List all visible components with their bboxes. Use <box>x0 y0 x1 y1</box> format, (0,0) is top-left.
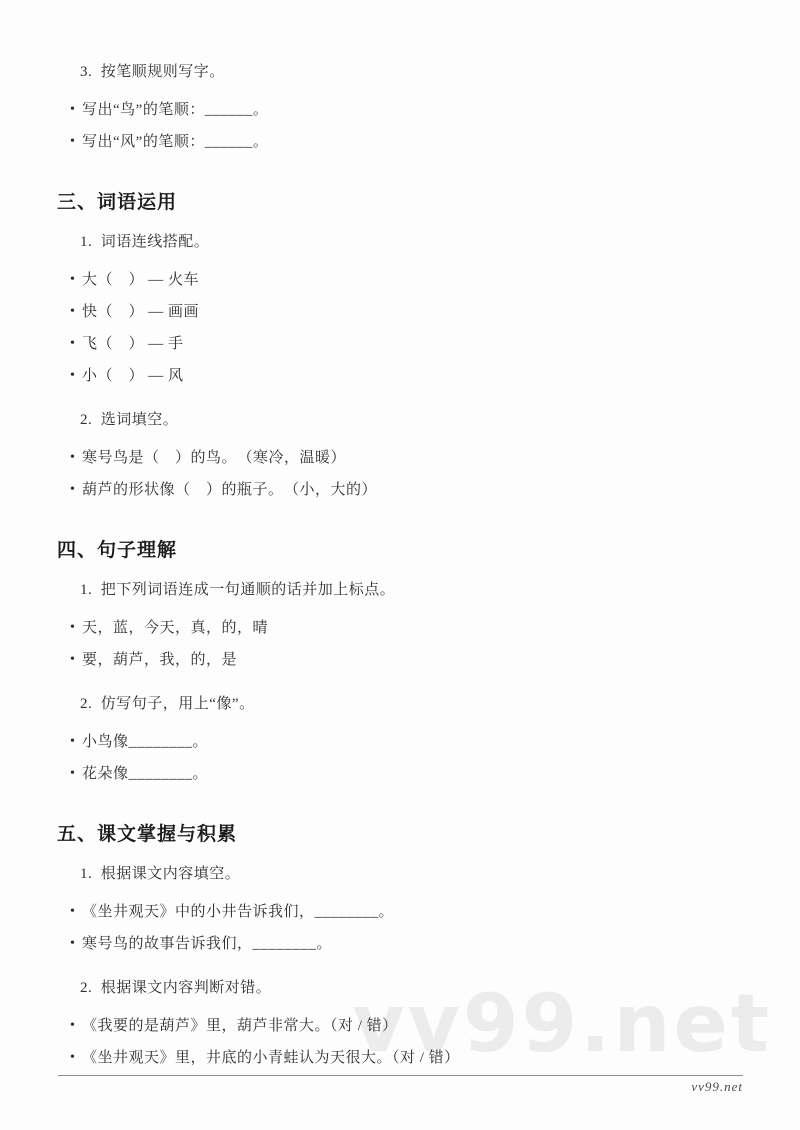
list-item: • 写出“风”的笔顺：______。 <box>70 132 800 152</box>
bullet-icon: • <box>70 448 82 468</box>
question-text: 2. 仿写句子，用上“像”。 <box>80 694 255 714</box>
question-line: 3. 按笔顺规则写字。 <box>80 62 800 82</box>
question-line: 2. 仿写句子，用上“像”。 <box>80 694 800 714</box>
list-item: • 《我要的是葫芦》里，葫芦非常大。（对 / 错） <box>70 1016 800 1036</box>
list-item-text: 《我要的是葫芦》里，葫芦非常大。（对 / 错） <box>82 1016 398 1036</box>
bullet-icon: • <box>70 480 82 500</box>
list-item-text: 《坐井观天》里，井底的小青蛙认为天很大。（对 / 错） <box>82 1048 460 1068</box>
list-item-text: 要，葫芦，我，的，是 <box>82 650 237 670</box>
list-item: • 小鸟像________。 <box>70 732 800 752</box>
bullet-icon: • <box>70 934 82 954</box>
worksheet-content: 3. 按笔顺规则写字。 • 写出“鸟”的笔顺：______。 • 写出“风”的笔… <box>0 0 800 1068</box>
question-text: 1. 把下列词语连成一句通顺的话并加上标点。 <box>80 580 395 600</box>
list-item-text: 天，蓝，今天，真，的，晴 <box>82 618 268 638</box>
list-item-text: 寒号鸟的故事告诉我们，________。 <box>82 934 332 954</box>
question-line: 2. 根据课文内容判断对错。 <box>80 978 800 998</box>
list-item: • 《坐井观天》中的小井告诉我们，________。 <box>70 902 800 922</box>
list-item: • 大（ ） — 火车 <box>70 270 800 290</box>
bullet-icon: • <box>70 650 82 670</box>
bullet-icon: • <box>70 732 82 752</box>
list-item: • 小（ ） — 风 <box>70 366 800 386</box>
section-group: 3. 按笔顺规则写字。 • 写出“鸟”的笔顺：______。 • 写出“风”的笔… <box>0 62 800 152</box>
list-item-text: 寒号鸟是（ ）的鸟。 （寒冷，温暖） <box>82 448 346 468</box>
list-item-text: 《坐井观天》中的小井告诉我们，________。 <box>82 902 394 922</box>
bullet-icon: • <box>70 132 82 152</box>
bullet-icon: • <box>70 1016 82 1036</box>
list-item-text: 花朵像________。 <box>82 764 208 784</box>
footer-divider <box>58 1075 743 1076</box>
bullet-icon: • <box>70 334 82 354</box>
section-heading: 五、课文掌握与积累 <box>57 822 800 848</box>
bullet-icon: • <box>70 270 82 290</box>
list-item: • 快（ ） — 画画 <box>70 302 800 322</box>
list-item: • 写出“鸟”的笔顺：______。 <box>70 100 800 120</box>
list-item-text: 小（ ） — 风 <box>82 366 184 386</box>
list-item-text: 葫芦的形状像（ ）的瓶子。 （小，大的） <box>82 480 377 500</box>
list-item: • 要，葫芦，我，的，是 <box>70 650 800 670</box>
footer-site-text: vv99.net <box>58 1079 743 1095</box>
question-text: 2. 选词填空。 <box>80 410 178 430</box>
list-item-text: 飞（ ） — 手 <box>82 334 184 354</box>
page-footer: vv99.net <box>58 1075 743 1095</box>
list-item-text: 快（ ） — 画画 <box>82 302 199 322</box>
bullet-icon: • <box>70 366 82 386</box>
question-line: 1. 根据课文内容填空。 <box>80 864 800 884</box>
section-heading: 三、词语运用 <box>57 190 800 216</box>
question-text: 2. 根据课文内容判断对错。 <box>80 978 271 998</box>
bullet-icon: • <box>70 764 82 784</box>
list-item: • 葫芦的形状像（ ）的瓶子。 （小，大的） <box>70 480 800 500</box>
section-heading: 四、句子理解 <box>57 538 800 564</box>
question-line: 2. 选词填空。 <box>80 410 800 430</box>
question-text: 3. 按笔顺规则写字。 <box>80 62 225 82</box>
bullet-icon: • <box>70 100 82 120</box>
list-item: • 寒号鸟是（ ）的鸟。 （寒冷，温暖） <box>70 448 800 468</box>
list-item-text: 大（ ） — 火车 <box>82 270 199 290</box>
bullet-icon: • <box>70 1048 82 1068</box>
bullet-icon: • <box>70 902 82 922</box>
bullet-icon: • <box>70 618 82 638</box>
question-text: 1. 词语连线搭配。 <box>80 232 209 252</box>
list-item: • 寒号鸟的故事告诉我们，________。 <box>70 934 800 954</box>
bullet-icon: • <box>70 302 82 322</box>
list-item: • 天，蓝，今天，真，的，晴 <box>70 618 800 638</box>
worksheet-page: vv99.net 3. 按笔顺规则写字。 • 写出“鸟”的笔顺：______。 … <box>0 0 800 1130</box>
section-group: 四、句子理解 1. 把下列词语连成一句通顺的话并加上标点。 • 天，蓝，今天，真… <box>0 538 800 784</box>
question-line: 1. 词语连线搭配。 <box>80 232 800 252</box>
list-item-text: 写出“鸟”的笔顺：______。 <box>82 100 268 120</box>
question-line: 1. 把下列词语连成一句通顺的话并加上标点。 <box>80 580 800 600</box>
question-text: 1. 根据课文内容填空。 <box>80 864 240 884</box>
list-item-text: 小鸟像________。 <box>82 732 208 752</box>
list-item-text: 写出“风”的笔顺：______。 <box>82 132 268 152</box>
list-item: • 《坐井观天》里，井底的小青蛙认为天很大。（对 / 错） <box>70 1048 800 1068</box>
section-group: 五、课文掌握与积累 1. 根据课文内容填空。 • 《坐井观天》中的小井告诉我们，… <box>0 822 800 1068</box>
section-group: 三、词语运用 1. 词语连线搭配。 • 大（ ） — 火车 • 快（ ） — 画… <box>0 190 800 500</box>
list-item: • 花朵像________。 <box>70 764 800 784</box>
list-item: • 飞（ ） — 手 <box>70 334 800 354</box>
